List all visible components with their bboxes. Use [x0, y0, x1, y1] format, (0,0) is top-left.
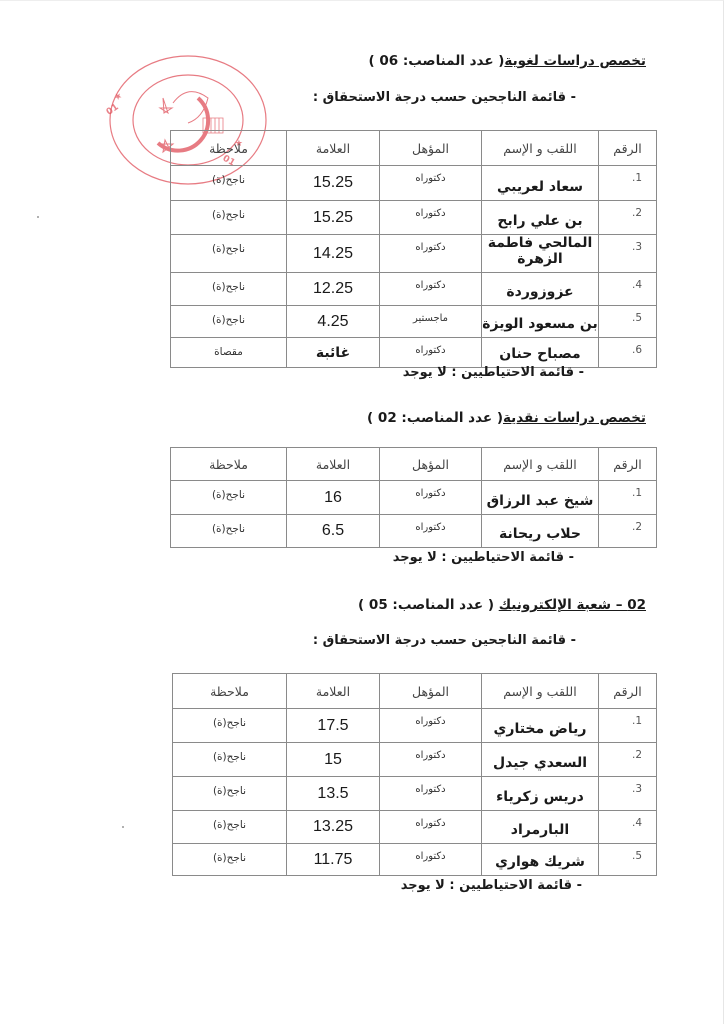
col-header-mark: العلامة [287, 131, 380, 166]
section-3-heading: 02 – شعبة الإلكترونيك ( عدد المناصب: 05 … [358, 597, 646, 613]
row-number: 5. [599, 844, 657, 876]
qualification: دكتوراه [380, 515, 482, 548]
qualification: دكتوراه [380, 235, 482, 273]
results-table-2: الرقم اللقب و الإسم المؤهل العلامة ملاحظ… [170, 447, 657, 548]
section-3-title: 02 – شعبة الإلكترونيك [499, 597, 646, 613]
table-row: 1. سعاد لعريبي دكتوراه 15.25 ناجح(ة) [171, 166, 657, 201]
svg-text:01: 01 [105, 102, 121, 117]
section-2-heading: تخصص دراسات نقدية( عدد المناصب: 02 ) [367, 410, 646, 426]
section-3-positions: ( عدد المناصب: 05 ) [358, 597, 499, 613]
mark: 12.25 [287, 273, 380, 306]
candidate-name: مصباح حنان [482, 338, 599, 368]
note: ناجح(ة) [173, 709, 287, 743]
col-header-name: اللقب و الإسم [482, 674, 599, 709]
col-header-note: ملاحظة [173, 674, 287, 709]
row-number: 2. [599, 515, 657, 548]
candidate-name: شريك هواري [482, 844, 599, 876]
note: ناجح(ة) [171, 201, 287, 235]
row-number: 1. [599, 166, 657, 201]
section-3-reserve-list: - قائمة الاحتياطيين : لا يوجد [401, 878, 582, 893]
candidate-name: بن علي رابح [482, 201, 599, 235]
mark: 4.25 [287, 306, 380, 338]
row-number: 1. [599, 709, 657, 743]
section-2-title: تخصص دراسات نقدية [503, 410, 646, 426]
table-header-row: الرقم اللقب و الإسم المؤهل العلامة ملاحظ… [171, 448, 657, 481]
candidate-name: البارمراد [482, 811, 599, 844]
row-number: 3. [599, 235, 657, 273]
section-2-positions: ( عدد المناصب: 02 ) [367, 410, 503, 426]
note: ناجح(ة) [173, 811, 287, 844]
note: ناجح(ة) [171, 306, 287, 338]
note: ناجح(ة) [171, 166, 287, 201]
note: ناجح(ة) [173, 777, 287, 811]
section-1-heading: تخصص دراسات لغوية( عدد المناصب: 06 ) [368, 53, 646, 69]
table-row: 4. عزوزوردة دكتوراه 12.25 ناجح(ة) [171, 273, 657, 306]
results-table-1: الرقم اللقب و الإسم المؤهل العلامة ملاحظ… [170, 130, 657, 368]
table-row: 2. بن علي رابح دكتوراه 15.25 ناجح(ة) [171, 201, 657, 235]
mark: 13.25 [287, 811, 380, 844]
mark: 15.25 [287, 166, 380, 201]
row-number: 3. [599, 777, 657, 811]
candidate-name: سعاد لعريبي [482, 166, 599, 201]
results-table-3: الرقم اللقب و الإسم المؤهل العلامة ملاحظ… [172, 673, 657, 876]
row-number: 1. [599, 481, 657, 515]
qualification: ماجستير [380, 306, 482, 338]
note: ناجح(ة) [173, 743, 287, 777]
table-row: 4. البارمراد دكتوراه 13.25 ناجح(ة) [173, 811, 657, 844]
table-row: 2. السعدي جيدل دكتوراه 15 ناجح(ة) [173, 743, 657, 777]
section-1-list-title: - قائمة الناجحين حسب درجة الاستحقاق : [313, 90, 576, 105]
table-row: 1. شيخ عبد الرزاق دكتوراه 16 ناجح(ة) [171, 481, 657, 515]
col-header-mark: العلامة [287, 448, 380, 481]
section-3-list-title: - قائمة الناجحين حسب درجة الاستحقاق : [313, 633, 576, 648]
table-row: 1. رياض مختاري دكتوراه 17.5 ناجح(ة) [173, 709, 657, 743]
scan-speck [37, 216, 39, 218]
col-header-name: اللقب و الإسم [482, 131, 599, 166]
candidate-name: شيخ عبد الرزاق [482, 481, 599, 515]
candidate-name: المالحي فاطمة الزهرة [482, 235, 599, 273]
col-header-note: ملاحظة [171, 448, 287, 481]
qualification: دكتوراه [380, 201, 482, 235]
col-header-qualification: المؤهل [380, 131, 482, 166]
qualification: دكتوراه [380, 338, 482, 368]
mark: غائبة [287, 338, 380, 368]
col-header-qualification: المؤهل [380, 674, 482, 709]
table-row: 5. شريك هواري دكتوراه 11.75 ناجح(ة) [173, 844, 657, 876]
mark: 11.75 [287, 844, 380, 876]
note: ناجح(ة) [171, 481, 287, 515]
table-row: 2. حلاب ريحانة دكتوراه 6.5 ناجح(ة) [171, 515, 657, 548]
candidate-name: بن مسعود الويزة [482, 306, 599, 338]
section-2-reserve-list: - قائمة الاحتياطيين : لا يوجد [393, 550, 574, 565]
candidate-name: دريس زكرياء [482, 777, 599, 811]
row-number: 6. [599, 338, 657, 368]
qualification: دكتوراه [380, 811, 482, 844]
table-row: 6. مصباح حنان دكتوراه غائبة مقصاة [171, 338, 657, 368]
table-row: 3. دريس زكرياء دكتوراه 13.5 ناجح(ة) [173, 777, 657, 811]
row-number: 2. [599, 201, 657, 235]
candidate-name: السعدي جيدل [482, 743, 599, 777]
col-header-number: الرقم [599, 448, 657, 481]
qualification: دكتوراه [380, 743, 482, 777]
section-1-positions: ( عدد المناصب: 06 ) [368, 53, 504, 69]
table-header-row: الرقم اللقب و الإسم المؤهل العلامة ملاحظ… [173, 674, 657, 709]
section-1-reserve-list: - قائمة الاحتياطيين : لا يوجد [403, 365, 584, 380]
mark: 13.5 [287, 777, 380, 811]
qualification: دكتوراه [380, 481, 482, 515]
mark: 6.5 [287, 515, 380, 548]
table-header-row: الرقم اللقب و الإسم المؤهل العلامة ملاحظ… [171, 131, 657, 166]
note: مقصاة [171, 338, 287, 368]
qualification: دكتوراه [380, 273, 482, 306]
qualification: دكتوراه [380, 777, 482, 811]
candidate-name: حلاب ريحانة [482, 515, 599, 548]
qualification: دكتوراه [380, 166, 482, 201]
note: ناجح(ة) [173, 844, 287, 876]
candidate-name: عزوزوردة [482, 273, 599, 306]
qualification: دكتوراه [380, 709, 482, 743]
note: ناجح(ة) [171, 235, 287, 273]
table-row: 3. المالحي فاطمة الزهرة دكتوراه 14.25 نا… [171, 235, 657, 273]
note: ناجح(ة) [171, 515, 287, 548]
row-number: 4. [599, 273, 657, 306]
mark: 15 [287, 743, 380, 777]
col-header-qualification: المؤهل [380, 448, 482, 481]
col-header-number: الرقم [599, 674, 657, 709]
note: ناجح(ة) [171, 273, 287, 306]
col-header-number: الرقم [599, 131, 657, 166]
mark: 14.25 [287, 235, 380, 273]
scan-speck [122, 826, 124, 828]
row-number: 2. [599, 743, 657, 777]
mark: 17.5 [287, 709, 380, 743]
mark: 15.25 [287, 201, 380, 235]
row-number: 5. [599, 306, 657, 338]
qualification: دكتوراه [380, 844, 482, 876]
mark: 16 [287, 481, 380, 515]
candidate-name: رياض مختاري [482, 709, 599, 743]
section-1-title: تخصص دراسات لغوية [504, 53, 646, 69]
svg-text:★: ★ [112, 91, 125, 104]
col-header-note: ملاحظة [171, 131, 287, 166]
col-header-name: اللقب و الإسم [482, 448, 599, 481]
row-number: 4. [599, 811, 657, 844]
col-header-mark: العلامة [287, 674, 380, 709]
table-row: 5. بن مسعود الويزة ماجستير 4.25 ناجح(ة) [171, 306, 657, 338]
